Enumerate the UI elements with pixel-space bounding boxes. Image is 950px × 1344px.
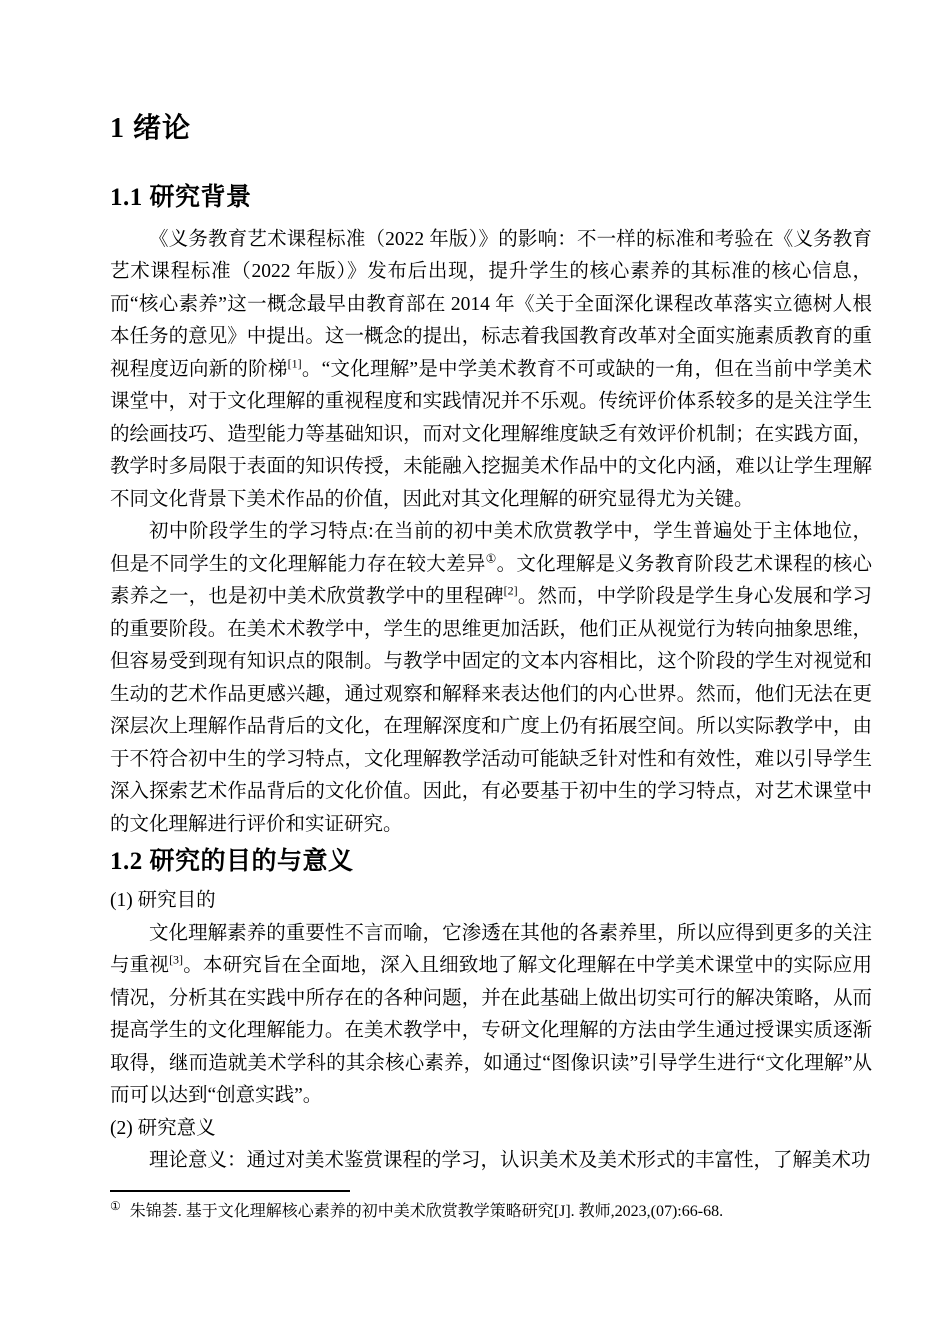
section-title-1-2: 1.2 研究的目的与意义 bbox=[110, 847, 872, 877]
text-run: 理论意义：通过对美术鉴赏课程的学习，认识美术及美术形式的丰富性，了解美术功 bbox=[149, 1150, 871, 1171]
text-run: (2) 研究意义 bbox=[110, 1118, 216, 1139]
citation-superscript: ① bbox=[486, 551, 497, 565]
list-label-research-significance: (2) 研究意义 bbox=[110, 1113, 872, 1146]
section-title-1-1: 1.1 研究背景 bbox=[110, 183, 872, 213]
thesis-page: 1 绪论 1.1 研究背景 《义务教育艺术课程标准（2022 年版）》的影响：不… bbox=[0, 0, 950, 1344]
paragraph-research-purpose: 文化理解素养的重要性不言而喻，它渗透在其他的各素养里，所以应得到更多的关注与重视… bbox=[110, 918, 872, 1113]
text-run: 。“文化理解”是中学美术教育不可或缺的一角，但在当前中学美术课堂中，对于文化理解… bbox=[110, 359, 872, 510]
citation-superscript: [3] bbox=[169, 953, 183, 967]
footnote: ①朱锦荟. 基于文化理解核心素养的初中美术欣赏教学策略研究[J]. 教师,202… bbox=[110, 1199, 872, 1225]
chapter-title: 1 绪论 bbox=[110, 112, 872, 146]
text-run: 。本研究旨在全面地，深入且细致地了解文化理解在中学美术课堂中的实际应用情况，分析… bbox=[110, 955, 872, 1106]
paragraph-research-background-1: 《义务教育艺术课程标准（2022 年版）》的影响：不一样的标准和考验在《义务教育… bbox=[110, 224, 872, 517]
text-run: 。然而，中学阶段是学生身心发展和学习的重要阶段。在美术术教学中，学生的思维更加活… bbox=[110, 586, 872, 835]
section-purpose-significance: 1.2 研究的目的与意义 (1) 研究目的文化理解素养的重要性不言而喻，它渗透在… bbox=[110, 847, 872, 1178]
footnote-area: ①朱锦荟. 基于文化理解核心素养的初中美术欣赏教学策略研究[J]. 教师,202… bbox=[110, 1190, 872, 1225]
section-research-background: 1.1 研究背景 《义务教育艺术课程标准（2022 年版）》的影响：不一样的标准… bbox=[110, 183, 872, 842]
section-1-1-body: 《义务教育艺术课程标准（2022 年版）》的影响：不一样的标准和考验在《义务教育… bbox=[110, 224, 872, 842]
section-1-2-body: (1) 研究目的文化理解素养的重要性不言而喻，它渗透在其他的各素养里，所以应得到… bbox=[110, 885, 872, 1178]
footnote-text: 朱锦荟. 基于文化理解核心素养的初中美术欣赏教学策略研究[J]. 教师,2023… bbox=[130, 1203, 723, 1220]
text-run: 《义务教育艺术课程标准（2022 年版）》的影响：不一样的标准和考验在《义务教育… bbox=[110, 229, 872, 380]
paragraph-research-background-2: 初中阶段学生的学习特点:在当前的初中美术欣赏教学中，学生普遍处于主体地位，但是不… bbox=[110, 516, 872, 841]
citation-superscript: [1] bbox=[288, 356, 302, 370]
footnote-marker: ① bbox=[110, 1199, 121, 1213]
footnote-separator bbox=[110, 1190, 350, 1192]
list-label-research-purpose: (1) 研究目的 bbox=[110, 885, 872, 918]
paragraph-research-significance: 理论意义：通过对美术鉴赏课程的学习，认识美术及美术形式的丰富性，了解美术功 bbox=[110, 1145, 872, 1178]
citation-superscript: [2] bbox=[504, 584, 518, 598]
text-run: (1) 研究目的 bbox=[110, 890, 216, 911]
